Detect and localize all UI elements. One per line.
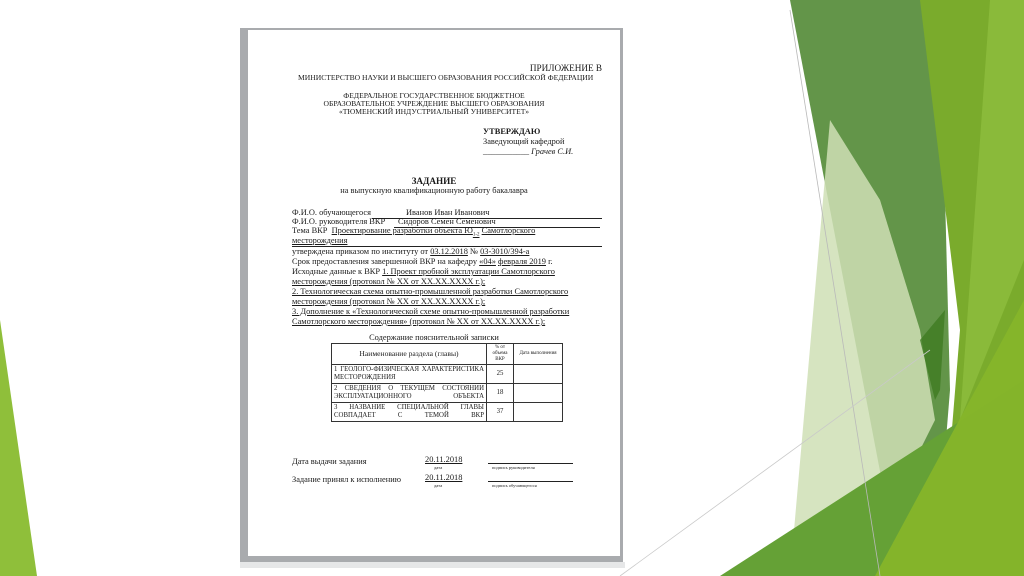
source-2b: месторождения (протокол № XX от XX.XX.XX… <box>292 297 485 307</box>
topic-label: Тема ВКР <box>292 226 327 235</box>
source-3b: Самотлорского месторождения» (протокол №… <box>292 317 545 327</box>
left-green-triangle <box>0 320 37 576</box>
institution-line-3: «ТЮМЕНСКИЙ ИНДУСТРИАЛЬНЫЙ УНИВЕРСИТЕТ» <box>248 107 620 116</box>
topic-value-2: Самотлорского <box>482 226 536 235</box>
approval-position: Заведующий кафедрой <box>483 137 564 147</box>
order-date: 03.12.2018 <box>430 247 468 256</box>
toc-row: 1 ГЕОЛОГО-ФИЗИЧЕСКАЯ ХАРАКТЕРИСТИКА МЕСТ… <box>332 365 563 384</box>
issued-label: Дата выдачи задания <box>292 457 367 467</box>
approval-blank: ___________ <box>483 147 529 156</box>
toc-row-date <box>514 403 563 422</box>
deadline-month-year: февраля 2019 <box>498 257 546 266</box>
source-1b: месторождения (протокол № XX от XX.XX.XX… <box>292 277 485 287</box>
approval-signature-line: ___________ Грачев С.И. <box>483 147 573 157</box>
deadline-line: Срок предоставления завершенной ВКР на к… <box>292 257 553 267</box>
toc-row: 2 СВЕДЕНИЯ О ТЕКУЩЕМ СОСТОЯНИИ ЭКСПЛУАТА… <box>332 384 563 403</box>
toc-row-date <box>514 384 563 403</box>
order-no-label: № <box>470 247 478 256</box>
document-page: ПРИЛОЖЕНИЕ В МИНИСТЕРСТВО НАУКИ И ВЫСШЕГ… <box>248 30 620 556</box>
source-3a: 3. Дополнение к «Технологической схеме о… <box>292 307 569 317</box>
student-signature-caption: подпись обучающегося <box>492 483 537 488</box>
toc-row-name: 2 СВЕДЕНИЯ О ТЕКУЩЕМ СОСТОЯНИИ ЭКСПЛУАТА… <box>332 384 487 403</box>
toc-row: 3 НАЗВАНИЕ СПЕЦИАЛЬНОЙ ГЛАВЫ СОВПАДАЕТ С… <box>332 403 563 422</box>
accepted-label: Задание принял к исполнению <box>292 475 401 485</box>
topic-value-3: месторождения <box>292 236 347 246</box>
toc-header-percent: % от объема ВКР <box>487 344 514 365</box>
supervisor-signature-caption: подпись руководителя <box>492 465 535 470</box>
toc-row-name: 3 НАЗВАНИЕ СПЕЦИАЛЬНОЙ ГЛАВЫ СОВПАДАЕТ С… <box>332 403 487 422</box>
task-subheading: на выпускную квалификационную работу бак… <box>248 186 620 196</box>
student-signature-line <box>488 481 573 482</box>
deadline-label: Срок предоставления завершенной ВКР на к… <box>292 257 477 266</box>
source-1a: 1. Проект пробной эксплуатации Самотлорс… <box>382 267 555 276</box>
supervisor-signature-line <box>488 463 573 464</box>
order-line: утверждена приказом по институту от 03.1… <box>292 247 529 257</box>
toc-row-name: 1 ГЕОЛОГО-ФИЗИЧЕСКАЯ ХАРАКТЕРИСТИКА МЕСТ… <box>332 365 487 384</box>
ministry-line: МИНИСТЕРСТВО НАУКИ И ВЫСШЕГО ОБРАЗОВАНИЯ… <box>298 73 593 82</box>
source-line-1: Исходные данные к ВКР 1. Проект пробной … <box>292 267 555 277</box>
deadline-suffix: г. <box>548 257 553 266</box>
toc-row-date <box>514 365 563 384</box>
source-2a: 2. Технологическая схема опытно-промышле… <box>292 287 568 297</box>
document-shadow <box>240 562 625 568</box>
topic-value-1: Проектирование разработки объекта Ю <box>332 226 473 235</box>
order-label: утверждена приказом по институту от <box>292 247 428 256</box>
toc-row-percent: 25 <box>487 365 514 384</box>
accepted-date: 20.11.2018 <box>425 473 462 483</box>
toc-table: Наименование раздела (главы) % от объема… <box>331 343 563 422</box>
toc-header-date: Дата выполнения <box>514 344 563 365</box>
toc-row-percent: 18 <box>487 384 514 403</box>
toc-title: Содержание пояснительной записки <box>248 333 620 343</box>
issued-date-caption: дата <box>434 465 442 470</box>
topic-subscript: 1-2 <box>473 233 480 238</box>
accepted-date-caption: дата <box>434 483 442 488</box>
issued-date: 20.11.2018 <box>425 455 462 465</box>
source-label: Исходные данные к ВКР <box>292 267 380 276</box>
toc-row-percent: 37 <box>487 403 514 422</box>
approval-name: Грачев С.И. <box>531 147 573 156</box>
approval-title: УТВЕРЖДАЮ <box>483 127 540 137</box>
deadline-day: «04» <box>479 257 496 266</box>
order-number: 03-3010/394-а <box>480 247 529 256</box>
toc-header-name: Наименование раздела (главы) <box>332 344 487 365</box>
toc-header-row: Наименование раздела (главы) % от объема… <box>332 344 563 365</box>
